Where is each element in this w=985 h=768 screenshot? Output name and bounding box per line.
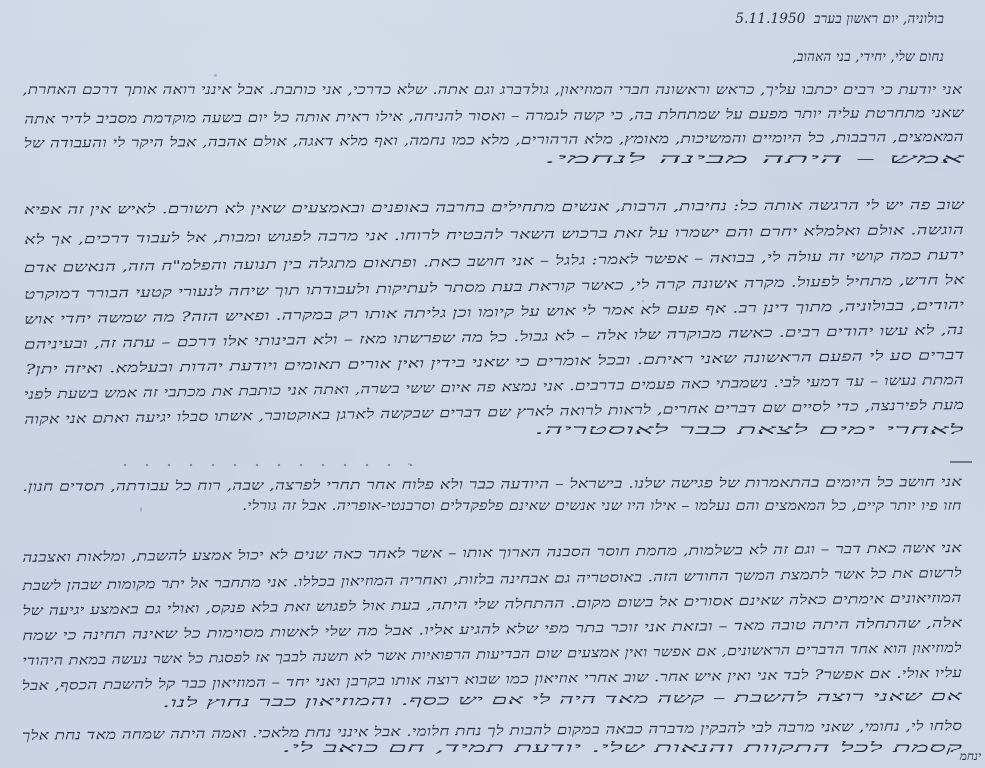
letter-line: שוב פה יש לי הרגשה אותה כל: נחיבות, הרבו… [24,197,964,220]
letter-line: חזו פיו יותר קיים, כל המאמצים והם נעלמו … [242,498,962,516]
letter-date: 5.11.1950 [735,11,805,27]
letter-line: המאמצים, הרבבות, כל היומיים והמשיכות, מא… [24,129,964,154]
letter-line: שאני מתחרטת עליה יותר מפעם על שמתחלת בה,… [25,105,964,130]
letter-line: אני יודעת כי רבים יכתבו עליך, כראש וראשו… [22,82,962,100]
letter-line: הוגשה. אולם ואלמלא יחרם והם ישמרו על זאת… [24,222,964,250]
letter-place-day: בולוניה, יום ראשון בערב [814,11,944,27]
letter-line: אמש – היתה מבינה לנחמי. [543,151,964,169]
margin-line [950,461,972,463]
dotted-ink-marks [114,463,414,467]
letter-salutation: נחום שלי, יחידי, בני האהוב, [792,48,944,66]
handwritten-letter: בולוניה, יום ראשון בערב 5.11.1950 נחום ש… [14,0,972,768]
letter-line: אני אשה כאת דבר – וגם זה לא בשלמות, מחמת… [23,540,963,568]
signature-fragment: ינחמ [960,749,981,764]
letter-line: לאחרי ימים לצאת כבר לאוסטריה. [534,422,964,440]
letter-date-line: בולוניה, יום ראשון בערב 5.11.1950 [735,10,944,28]
letter-line: אני חושב כל היומים בהתאמרות של פגישה שלנ… [22,474,962,497]
letter-line: קסמת לכל התקוות והנאות שלי. יודעת תמיד, … [281,740,962,758]
